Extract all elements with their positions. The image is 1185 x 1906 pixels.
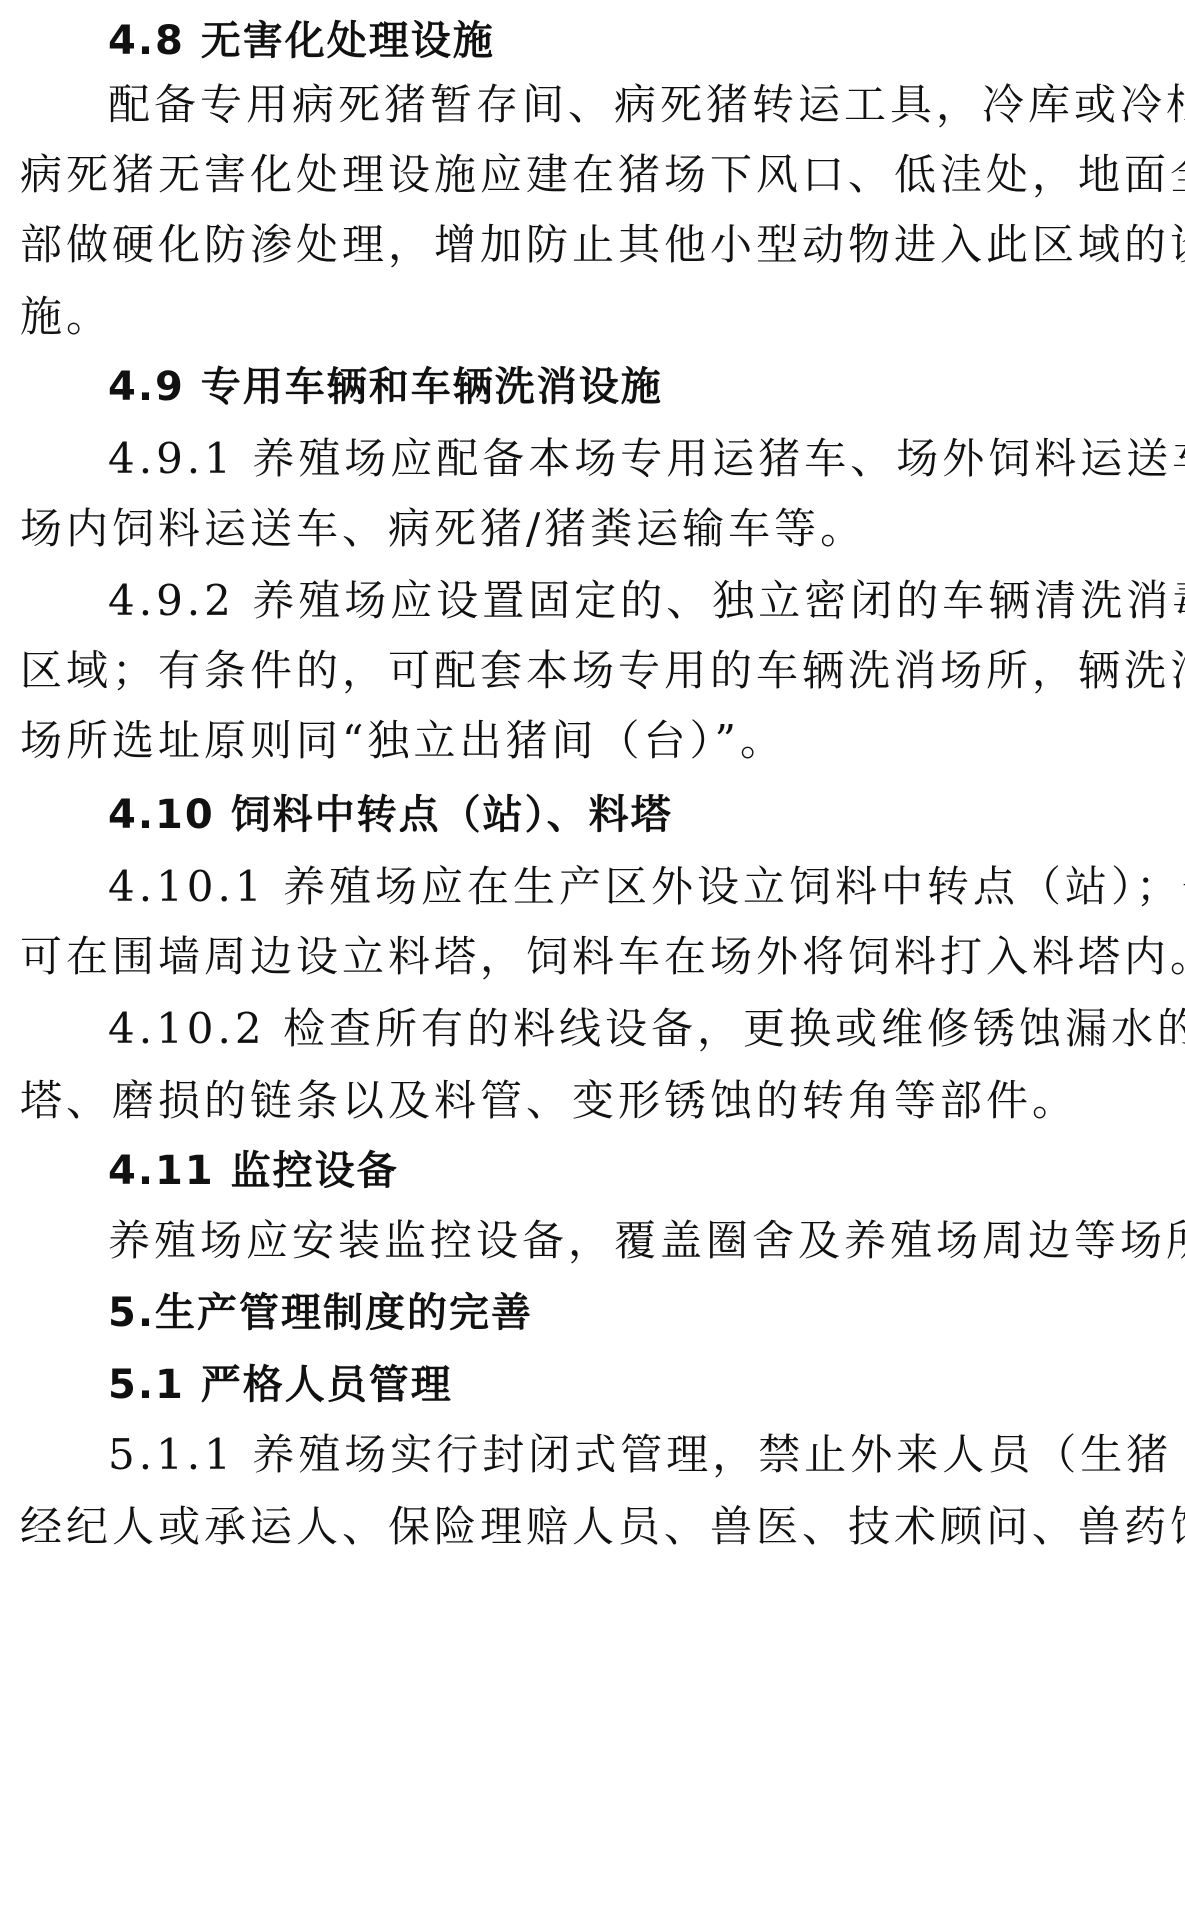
section-heading-5: 5.生产管理制度的完善 bbox=[108, 1278, 1170, 1348]
paragraph-line: 区域；有条件的，可配套本场专用的车辆洗消场所，辆洗消 bbox=[20, 636, 1170, 706]
paragraph-line: 可在围墙周边设立料塔，饲料车在场外将饲料打入料塔内。 bbox=[20, 922, 1170, 992]
paragraph-line: 部做硬化防渗处理，增加防止其他小型动物进入此区域的设 bbox=[20, 210, 1170, 280]
section-heading-4-11: 4.11 监控设备 bbox=[108, 1136, 1170, 1206]
paragraph-line: 施。 bbox=[20, 282, 1170, 352]
section-heading-4-8: 4.8 无害化处理设施 bbox=[108, 6, 1170, 76]
paragraph-line: 场内饲料运送车、病死猪/猪粪运输车等。 bbox=[20, 494, 1170, 564]
document-page: 4.8 无害化处理设施 配备专用病死猪暂存间、病死猪转运工具，冷库或冷柜。 病死… bbox=[0, 0, 1185, 1906]
section-heading-5-1: 5.1 严格人员管理 bbox=[108, 1350, 1170, 1420]
paragraph-line: 4.9.2 养殖场应设置固定的、独立密闭的车辆清洗消毒 bbox=[108, 566, 1170, 636]
section-heading-4-9: 4.9 专用车辆和车辆洗消设施 bbox=[108, 352, 1170, 422]
paragraph-line: 4.10.1 养殖场应在生产区外设立饲料中转点（站）；也 bbox=[108, 852, 1170, 922]
paragraph-line: 养殖场应安装监控设备，覆盖圈舍及养殖场周边等场所。 bbox=[108, 1206, 1170, 1276]
paragraph-line: 场所选址原则同“独立出猪间（台）”。 bbox=[20, 706, 1170, 776]
paragraph-line: 塔、磨损的链条以及料管、变形锈蚀的转角等部件。 bbox=[20, 1066, 1170, 1136]
paragraph-line: 5.1.1 养殖场实行封闭式管理，禁止外来人员（生猪 bbox=[108, 1420, 1170, 1490]
paragraph-line: 4.9.1 养殖场应配备本场专用运猪车、场外饲料运送车、 bbox=[108, 424, 1170, 494]
paragraph-line: 病死猪无害化处理设施应建在猪场下风口、低洼处，地面全 bbox=[20, 140, 1170, 210]
paragraph-line: 4.10.2 检查所有的料线设备，更换或维修锈蚀漏水的料 bbox=[108, 994, 1170, 1064]
paragraph-line: 配备专用病死猪暂存间、病死猪转运工具，冷库或冷柜。 bbox=[108, 70, 1170, 140]
section-heading-4-10: 4.10 饲料中转点（站）、料塔 bbox=[108, 780, 1170, 850]
paragraph-line: 经纪人或承运人、保险理赔人员、兽医、技术顾问、兽药饲 bbox=[20, 1492, 1170, 1562]
